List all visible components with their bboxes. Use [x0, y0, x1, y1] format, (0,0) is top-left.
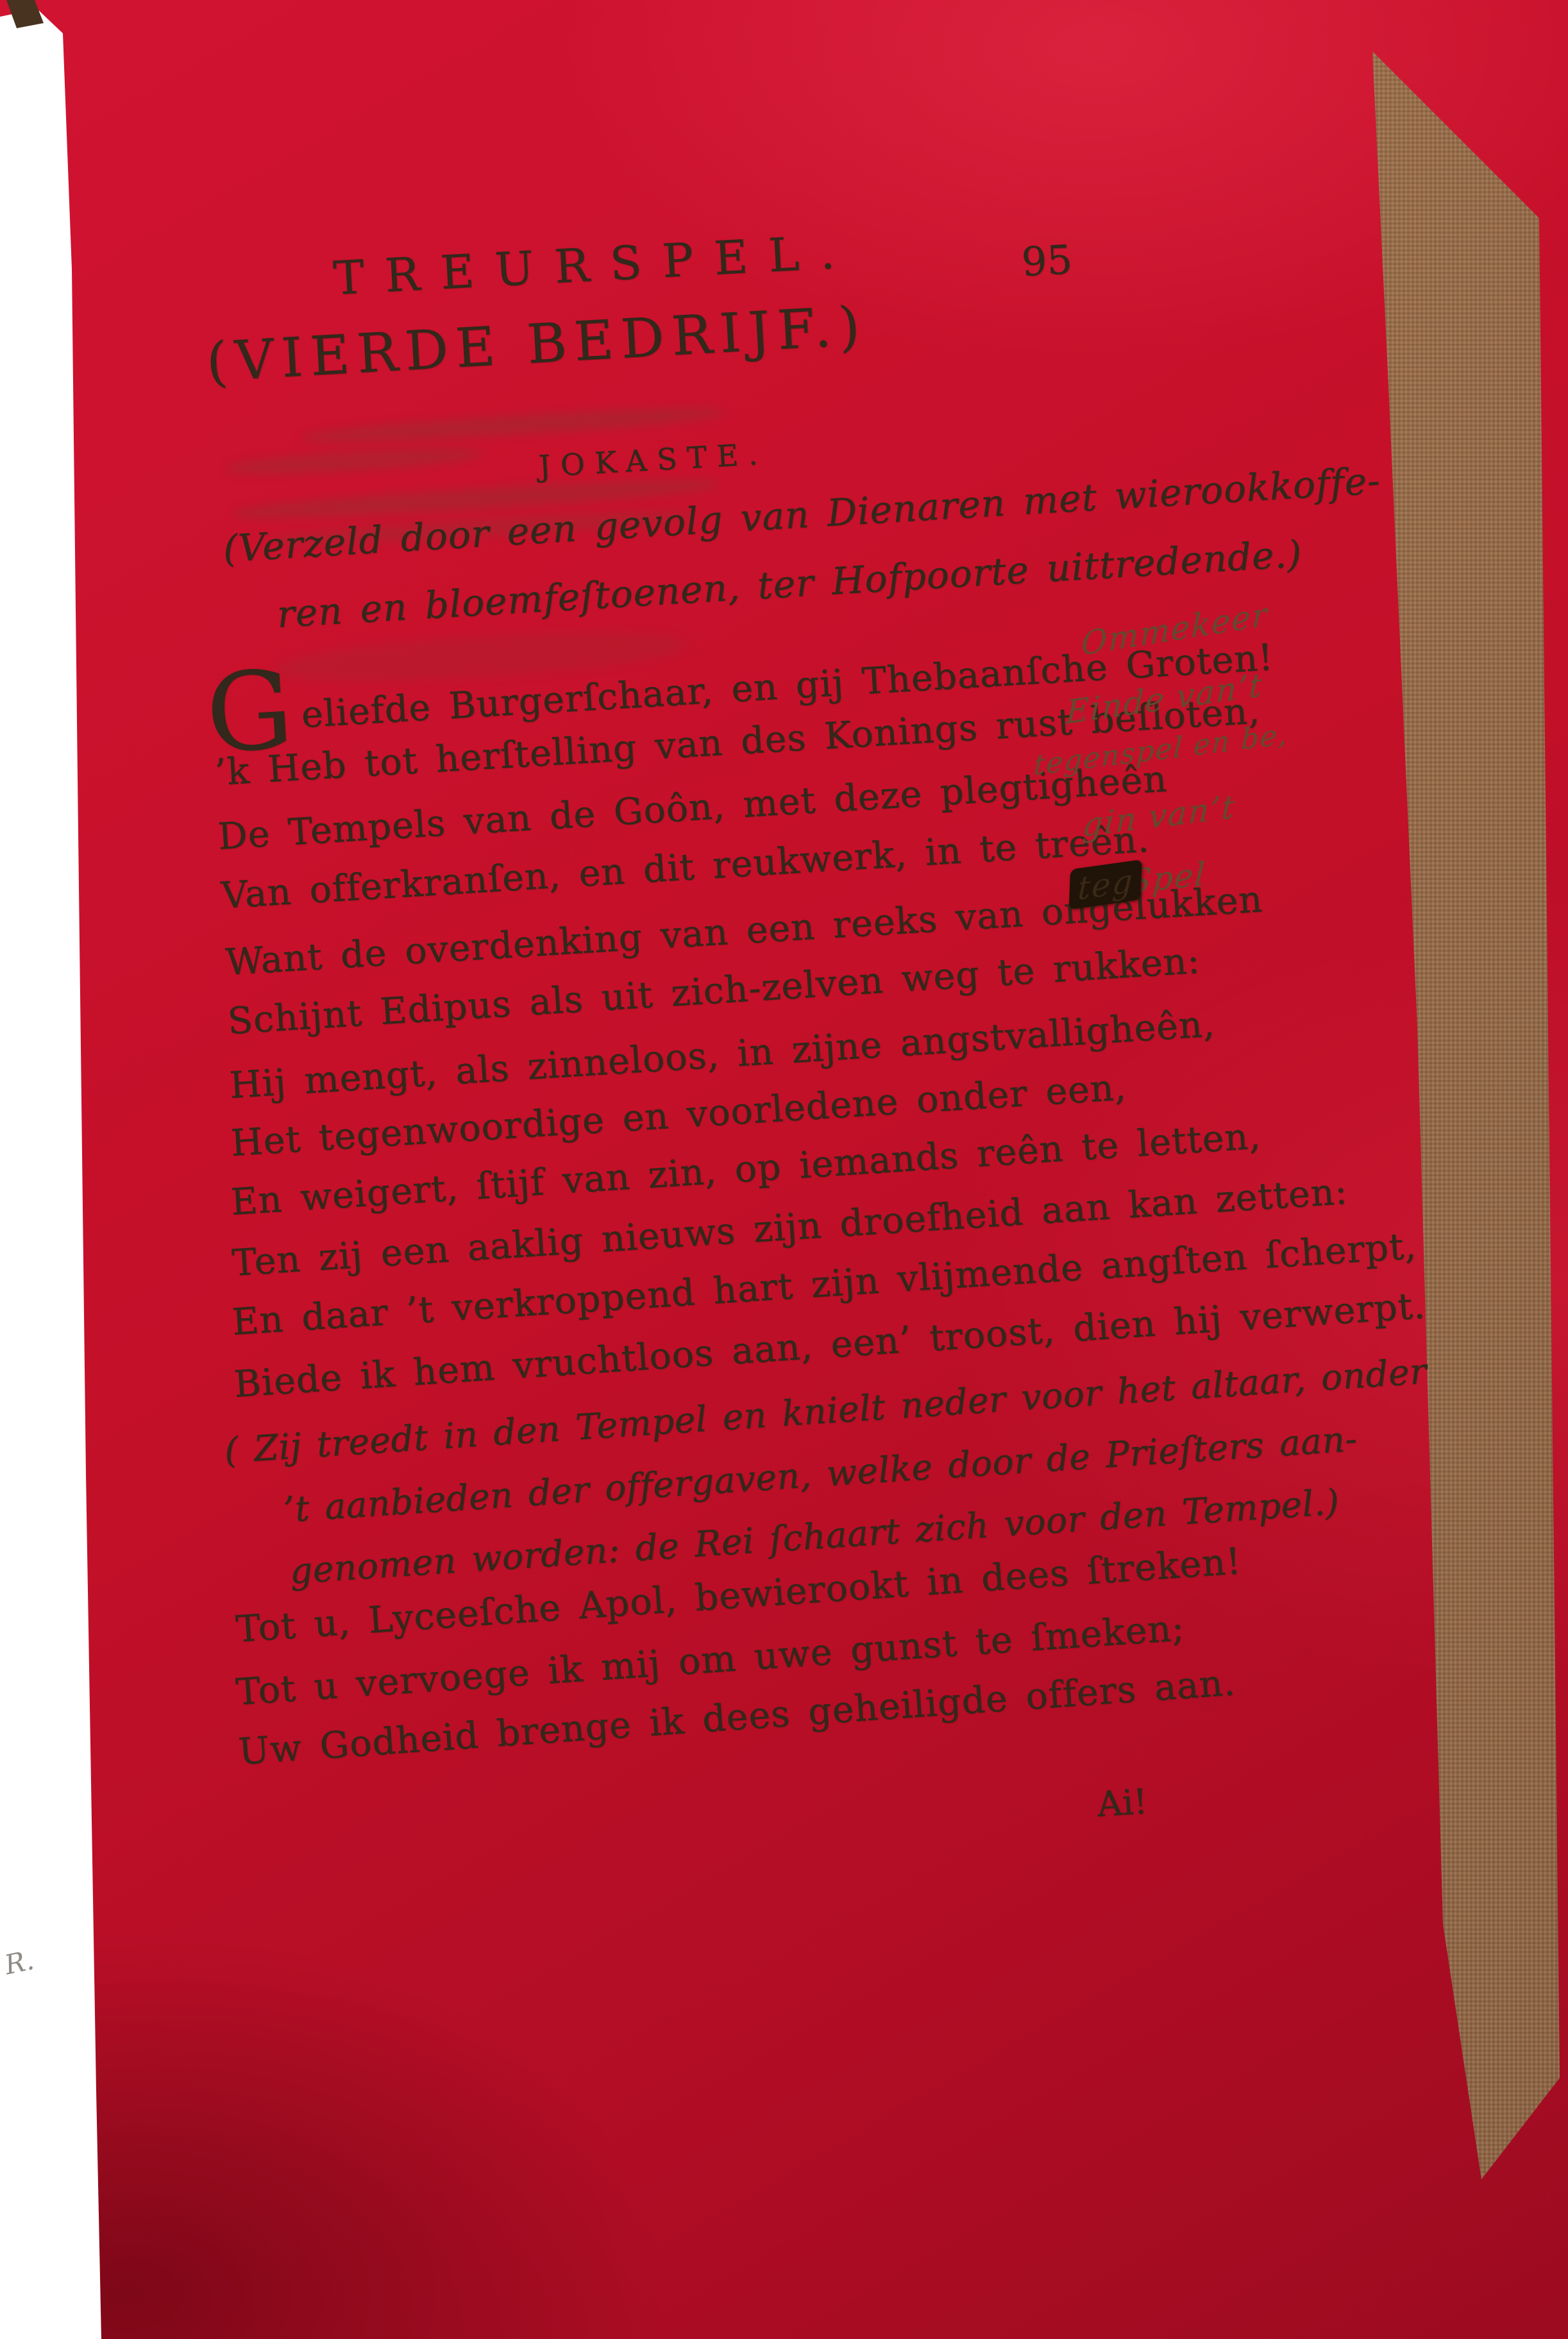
catchword: Ai!: [1096, 1781, 1149, 1825]
left-margin-note: R.: [2, 1944, 37, 1980]
show-through-smudge: [301, 403, 725, 448]
speaker-name: JOKASTE.: [537, 436, 768, 484]
running-title: TREURSPEL.: [332, 224, 857, 305]
show-through-smudge: [225, 444, 482, 478]
page-number: 95: [1020, 236, 1074, 285]
act-heading: (VIERDE BEDRIJF.): [205, 294, 869, 393]
book-photo-scene: TREURSPEL. 95 (VIERDE BEDRIJF.) JOKASTE.…: [0, 0, 1568, 2339]
